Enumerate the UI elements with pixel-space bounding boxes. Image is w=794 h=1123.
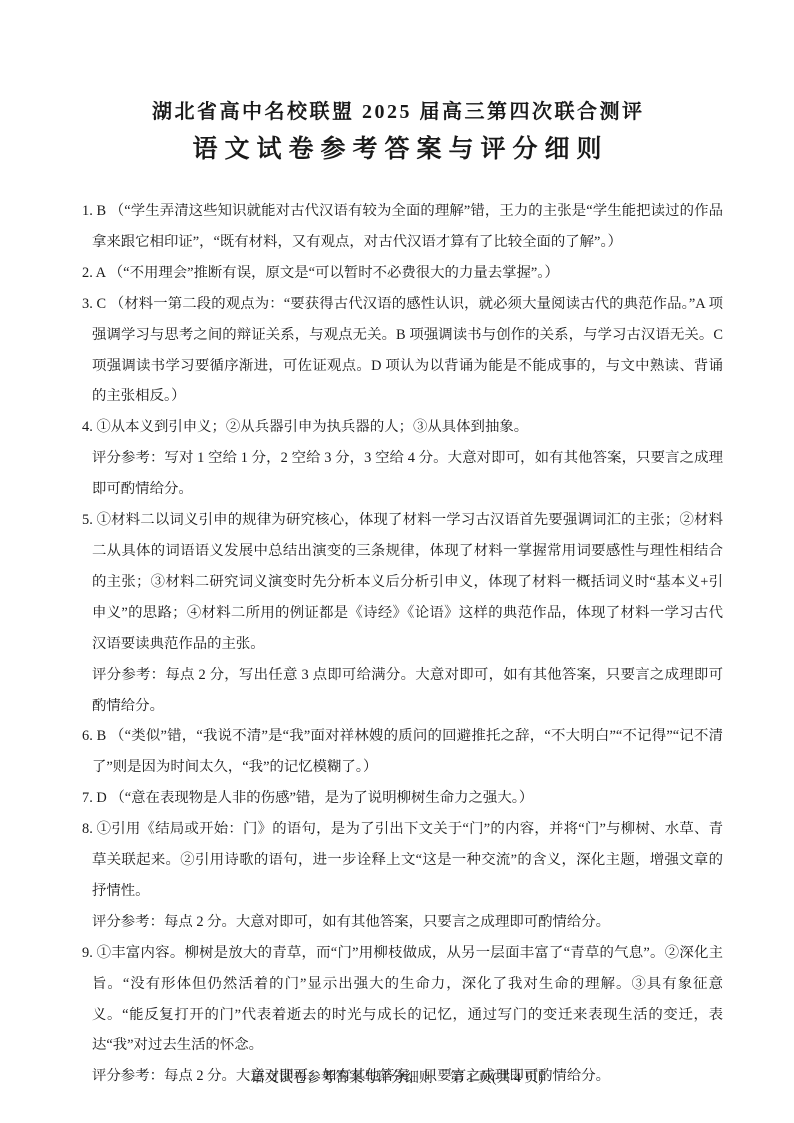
document-page: 湖北省高中名校联盟 2025 届高三第四次联合测评 语文试卷参考答案与评分细则 …	[0, 0, 794, 1123]
answer-item: 4. ①从本义到引申义；②从兵器引申为执兵器的人；③从具体到抽象。评分参考：写对…	[82, 412, 723, 505]
answer-item: 8. ①引用《结局或开始：门》的语句，是为了引出下文关于“门”的内容，并将“门”…	[82, 814, 723, 938]
footer-page-number: 第 1 页(共 4 页)	[450, 1071, 543, 1086]
document-title-line1: 湖北省高中名校联盟 2025 届高三第四次联合测评	[0, 0, 794, 125]
answer-text: 7. D （“意在表现物是人非的伤感”错，是为了说明柳树生命力之强大。）	[82, 783, 723, 814]
answer-text: 3. C （材料一第二段的观点为：“要获得古代汉语的感性认识，就必须大量阅读古代…	[82, 289, 723, 413]
document-title-line2: 语文试卷参考答案与评分细则	[0, 135, 794, 163]
answer-list: 1. B （“学生弄清这些知识就能对古代汉语有较为全面的理解”错，王力的主张是“…	[82, 196, 723, 1092]
scoring-note: 评分参考：写对 1 空给 1 分，2 空给 3 分，3 空给 4 分。大意对即可…	[82, 443, 723, 505]
answer-text: 6. B （“类似”错，“我说不清”是“我”面对祥林嫂的质问的回避推托之辞，“不…	[82, 721, 723, 783]
answer-text: 2. A （“不用理会”推断有误，原文是“可以暂时不必费很大的力量去掌握”。）	[82, 258, 723, 289]
answer-item: 1. B （“学生弄清这些知识就能对古代汉语有较为全面的理解”错，王力的主张是“…	[82, 196, 723, 258]
answer-text: 8. ①引用《结局或开始：门》的语句，是为了引出下文关于“门”的内容，并将“门”…	[82, 814, 723, 907]
answer-item: 6. B （“类似”错，“我说不清”是“我”面对祥林嫂的质问的回避推托之辞，“不…	[82, 721, 723, 783]
page-footer: 语文试卷参考答案与评分细则第 1 页(共 4 页)	[0, 1070, 794, 1088]
answer-text: 4. ①从本义到引申义；②从兵器引申为执兵器的人；③从具体到抽象。	[82, 412, 723, 443]
footer-doc-title: 语文试卷参考答案与评分细则	[251, 1071, 433, 1086]
answer-text: 5. ①材料二以词义引申的规律为研究核心，体现了材料一学习古汉语首先要强调词汇的…	[82, 505, 723, 660]
scoring-note: 评分参考：每点 2 分，写出任意 3 点即可给满分。大意对即可，如有其他答案，只…	[82, 660, 723, 722]
answer-text: 9. ①丰富内容。柳树是放大的青草，而“门”用柳枝做成，从另一层面丰富了“青草的…	[82, 938, 723, 1062]
answer-item: 3. C （材料一第二段的观点为：“要获得古代汉语的感性认识，就必须大量阅读古代…	[82, 289, 723, 413]
answer-item: 5. ①材料二以词义引申的规律为研究核心，体现了材料一学习古汉语首先要强调词汇的…	[82, 505, 723, 721]
answer-item: 2. A （“不用理会”推断有误，原文是“可以暂时不必费很大的力量去掌握”。）	[82, 258, 723, 289]
scoring-note: 评分参考：每点 2 分。大意对即可，如有其他答案，只要言之成理即可酌情给分。	[82, 907, 723, 938]
answer-item: 7. D （“意在表现物是人非的伤感”错，是为了说明柳树生命力之强大。）	[82, 783, 723, 814]
answer-text: 1. B （“学生弄清这些知识就能对古代汉语有较为全面的理解”错，王力的主张是“…	[82, 196, 723, 258]
